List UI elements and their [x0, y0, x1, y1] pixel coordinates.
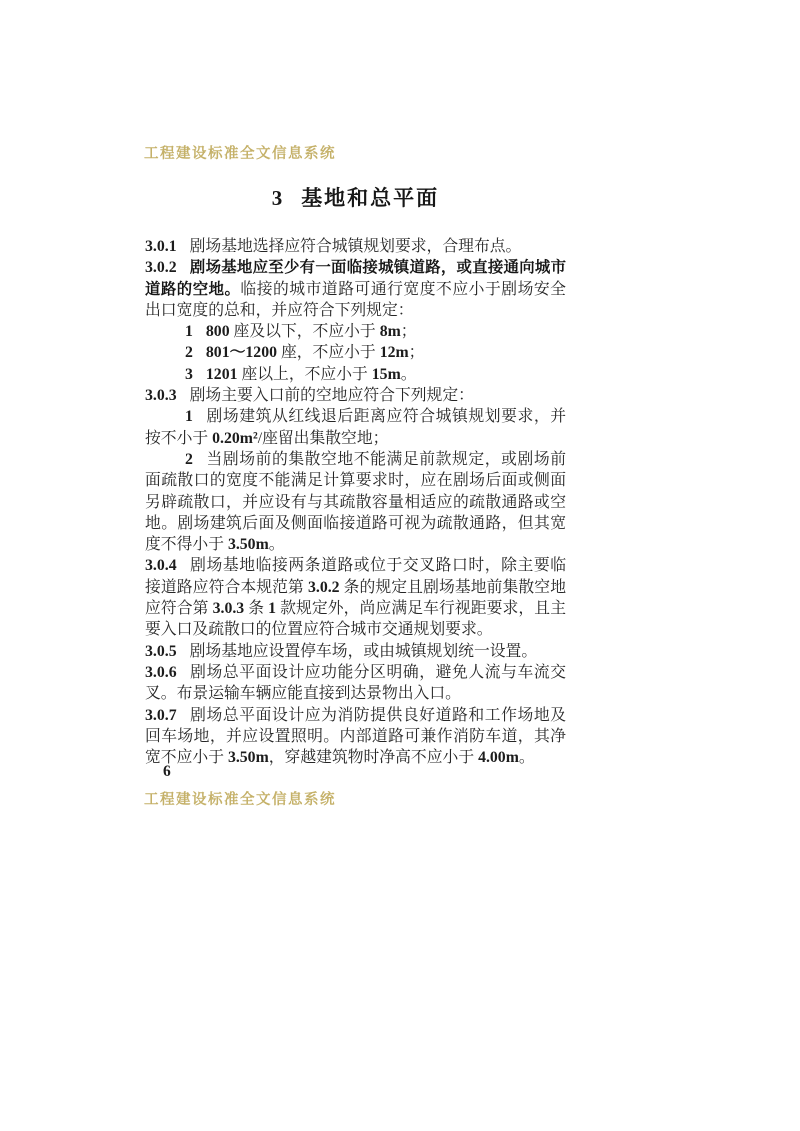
text-segment: 1201 — [206, 366, 238, 383]
chapter-title-text: 基地和总平面 — [301, 186, 439, 210]
text-segment: 3.0.3 — [213, 600, 245, 617]
section-paragraph: 3.0.3剧场主要入口前的空地应符合下列规定： — [145, 385, 566, 406]
text-segment: 15m — [372, 366, 401, 383]
text-segment: 当剧场前的集散空地不能满足前款规定，或剧场前面疏散口的宽度不能满足计算要求时，应… — [145, 451, 566, 553]
text-segment: 12m — [380, 344, 409, 361]
clause-number: 3.0.7 — [145, 707, 177, 724]
text-segment: 条 — [244, 600, 268, 617]
section-paragraph: 3.0.6剧场总平面设计应功能分区明确，避免人流与车流交叉。布景运输车辆应能直接… — [145, 662, 566, 705]
clause-number: 1 — [185, 323, 193, 340]
text-segment: 8m — [380, 323, 401, 340]
page-number: 6 — [163, 763, 171, 781]
text-segment: 剧场总平面设计应功能分区明确，避免人流与车流交叉。布景运输车辆应能直接到达景物出… — [145, 664, 566, 702]
text-segment: 。 — [519, 749, 535, 766]
text-segment: 剧场基地选择应符合城镇规划要求，合理布点。 — [190, 238, 522, 255]
clause-number: 3.0.1 — [145, 238, 177, 255]
text-segment: 3.50m — [228, 536, 269, 553]
text-segment: 。 — [401, 366, 417, 383]
text-segment: ； — [409, 344, 425, 361]
text-segment: ，穿越建筑物时净高不应小于 — [269, 749, 478, 766]
text-segment: 剧场主要入口前的空地应符合下列规定： — [190, 387, 474, 404]
text-segment: 座，不应小于 — [277, 344, 380, 361]
text-segment: 剧场基地应设置停车场，或由城镇规划统一设置。 — [190, 643, 538, 660]
chapter-number: 3 — [272, 186, 283, 210]
section-paragraph: 3.0.2剧场基地应至少有一面临接城镇道路，或直接通向城市道路的空地。临接的城市… — [145, 257, 566, 321]
document-body: 3.0.1剧场基地选择应符合城镇规划要求，合理布点。3.0.2剧场基地应至少有一… — [145, 236, 566, 768]
list-item: 1剧场建筑从红线退后距离应符合城镇规划要求，并按不小于 0.20m²/座留出集散… — [145, 406, 566, 449]
text-segment: 3.50m — [228, 749, 269, 766]
text-segment: 。 — [269, 536, 285, 553]
section-paragraph: 3.0.1剧场基地选择应符合城镇规划要求，合理布点。 — [145, 236, 566, 257]
text-segment: 座以上，不应小于 — [238, 366, 372, 383]
text-segment: ； — [401, 323, 417, 340]
text-segment: /座留出集散空地； — [258, 430, 389, 447]
section-paragraph: 3.0.5剧场基地应设置停车场，或由城镇规划统一设置。 — [145, 641, 566, 662]
clause-number: 3.0.5 — [145, 643, 177, 660]
text-segment: 座及以下，不应小于 — [230, 323, 380, 340]
clause-number: 2 — [185, 451, 193, 468]
list-item: 2当剧场前的集散空地不能满足前款规定，或剧场前面疏散口的宽度不能满足计算要求时，… — [145, 449, 566, 555]
text-segment: 4.00m — [478, 749, 519, 766]
watermark-footer: 工程建设标准全文信息系统 — [144, 788, 336, 809]
text-segment: 3.0.2 — [308, 579, 340, 596]
clause-number: 3.0.2 — [145, 259, 177, 276]
document-page: 工程建设标准全文信息系统 3基地和总平面 3.0.1剧场基地选择应符合城镇规划要… — [0, 0, 800, 1131]
section-paragraph: 3.0.7剧场总平面设计应为消防提供良好道路和工作场地及回车场地，并应设置照明。… — [145, 705, 566, 769]
clause-number: 3.0.3 — [145, 387, 177, 404]
clause-number: 3 — [185, 366, 193, 383]
clause-number: 2 — [185, 344, 193, 361]
clause-number: 3.0.6 — [145, 664, 177, 681]
text-segment: 800 — [206, 323, 230, 340]
list-item: 1800 座及以下，不应小于 8m； — [145, 321, 566, 342]
list-item: 31201 座以上，不应小于 15m。 — [145, 364, 566, 385]
clause-number: 3.0.4 — [145, 557, 177, 574]
section-paragraph: 3.0.4剧场基地临接两条道路或位于交叉路口时，除主要临接道路应符合本规范第 3… — [145, 555, 566, 640]
watermark-header: 工程建设标准全文信息系统 — [144, 142, 336, 163]
list-item: 2801～1200 座，不应小于 12m； — [145, 342, 566, 363]
chapter-title: 3基地和总平面 — [145, 182, 566, 212]
text-segment: 0.20m² — [212, 430, 258, 447]
text-segment: 1 — [268, 600, 276, 617]
text-segment: 801～1200 — [206, 344, 277, 361]
clause-number: 1 — [185, 408, 193, 425]
